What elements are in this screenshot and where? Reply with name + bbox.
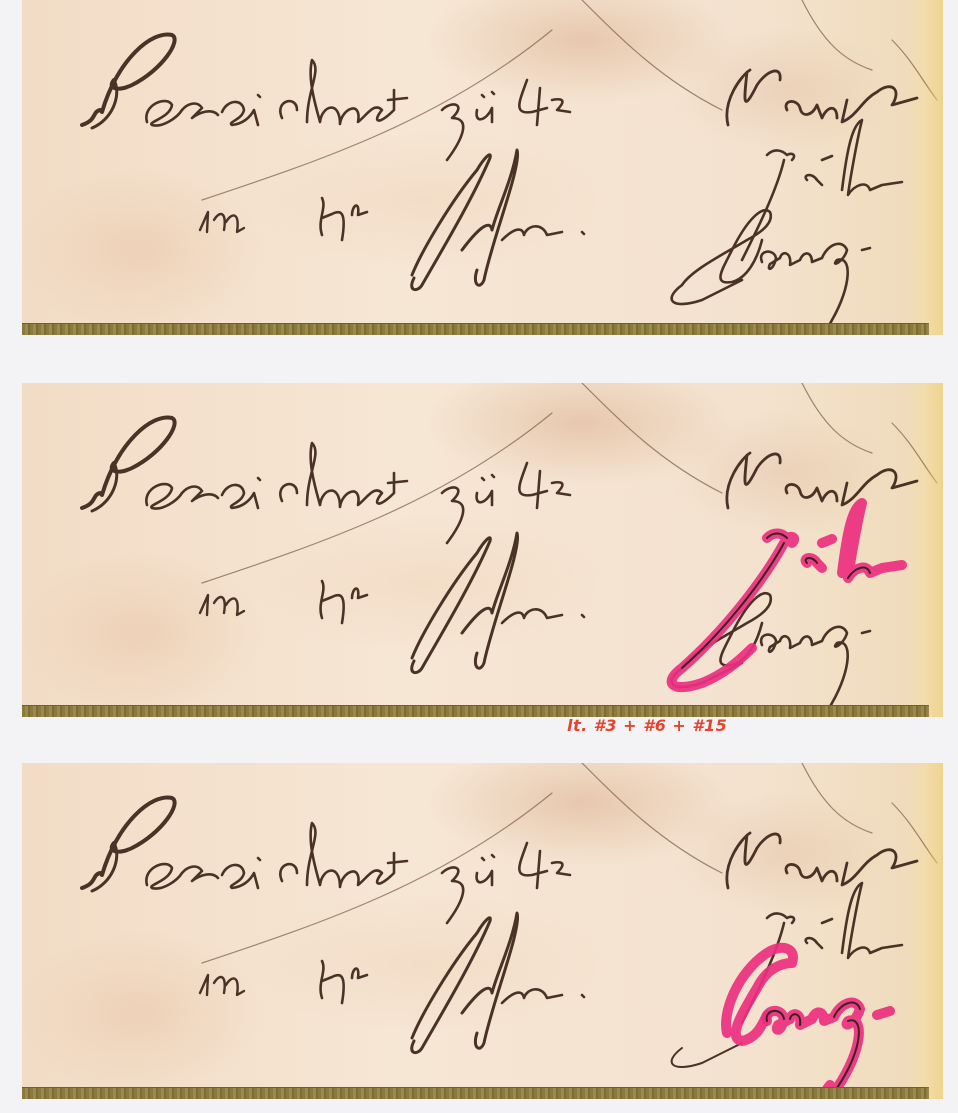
gold-border-rule (22, 1087, 929, 1099)
pink-highlight-stroke (726, 948, 890, 1098)
manuscript-panel-highlight-2: Gezeichnet zu Wr. Neusta im 14ten Jahre.… (22, 763, 943, 1099)
reference-annotation: lt. #3 + #6 + #15 (567, 716, 727, 735)
handwriting-image (22, 763, 943, 1099)
pink-highlight-stroke (672, 503, 902, 687)
handwriting-image (22, 0, 943, 335)
manuscript-panel-highlight-1: Gezeichnet zu Wr. Neusta im 14ten Jahre.… (22, 383, 943, 717)
gold-border-rule (22, 705, 929, 717)
handwriting-image (22, 383, 943, 717)
manuscript-panel-original: Gezeichnet zu Wr. Neusta im 14ten Jahre.… (22, 0, 943, 335)
gold-border-rule (22, 323, 929, 335)
